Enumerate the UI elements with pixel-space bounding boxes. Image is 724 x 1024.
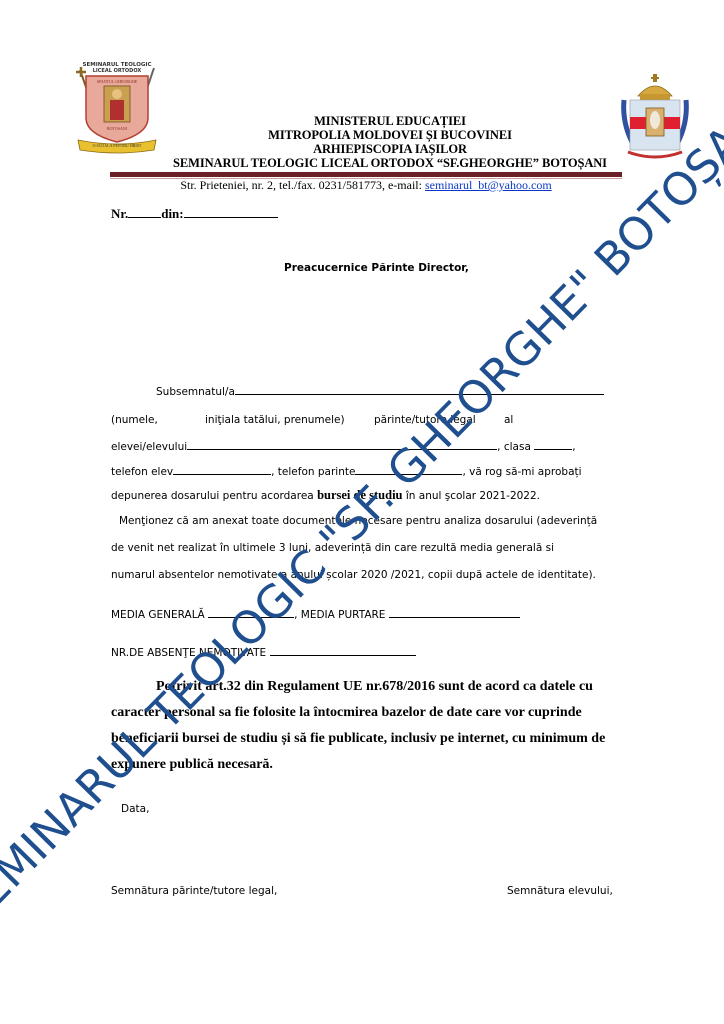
media-purtare-field[interactable] (389, 607, 520, 618)
nr-field[interactable] (128, 207, 161, 218)
din-label: din: (161, 206, 183, 221)
svg-text:LICEAL ORTODOX: LICEAL ORTODOX (93, 68, 142, 74)
gdpr-line-4: expunere publică necesară. (111, 757, 641, 773)
media-line: MEDIA GENERALĂ , MEDIA PURTARE (111, 607, 520, 621)
depunerea-text: depunerea dosarului pentru acordarea (111, 490, 317, 502)
svg-text:BOTOSANI: BOTOSANI (107, 126, 128, 131)
name-field[interactable] (235, 384, 604, 395)
absente-label: NR.DE ABSENŢE NEMOTIVATE (111, 647, 270, 659)
clasa-field[interactable] (534, 439, 572, 450)
archdiocese-name: ARHIEPISCOPIA IAȘILOR (160, 142, 620, 156)
signature-parent-label: Semnătura părinte/tutore legal, (111, 885, 277, 897)
depunerea-line: depunerea dosarului pentru acordarea bur… (111, 488, 540, 503)
absente-line: NR.DE ABSENŢE NEMOTIVATE (111, 645, 416, 659)
subsemnatul-line: Subsemnatul/a (156, 384, 604, 398)
bursei-text: bursei de studiu (317, 488, 402, 502)
absente-field[interactable] (270, 645, 416, 656)
hint-al: al (504, 414, 513, 426)
media-purtare-label: , MEDIA PURTARE (294, 609, 389, 621)
archdiocese-coat-of-arms (620, 72, 690, 162)
telefon-parinte-label: , telefon parinte (271, 466, 355, 478)
telefon-line: telefon elev, telefon parinte, vă rog să… (111, 464, 582, 478)
gdpr-line-3: beneficiarii bursei de studiu și să fie … (111, 731, 641, 747)
gdpr-line-1: Potrivit art.32 din Regulament UE nr.678… (156, 679, 686, 695)
mentionez-line-2: de venit net realizat în ultimele 3 luni… (111, 542, 554, 554)
data-label: Data, (121, 803, 149, 815)
registration-number-line: Nr.din: (111, 206, 278, 222)
telefon-elev-field[interactable] (173, 464, 271, 475)
contact-address: Str. Prieteniei, nr. 2, tel./fax. 0231/5… (110, 178, 622, 193)
media-generala-field[interactable] (208, 607, 294, 618)
gdpr-line-2: caracter personal sa fie folosite la înt… (111, 705, 641, 721)
seminary-crest-logo: SEMINARUL TEOLOGIC LICEAL ORTODOX SFANTU… (74, 58, 160, 154)
hint-initiala: iniţiala tatălui, prenumele) (205, 414, 345, 426)
salutation: Preacucernice Părinte Director, (284, 262, 469, 274)
telefon-parinte-field[interactable] (355, 464, 462, 475)
signature-student-label: Semnătura elevului, (507, 885, 613, 897)
mentionez-line-3: numarul absentelor nemotivate a anului ș… (111, 569, 596, 581)
hint-numele: (numele, (111, 414, 158, 426)
institution-header: MINISTERUL EDUCAȚIEI MITROPOLIA MOLDOVEI… (160, 114, 620, 170)
nr-label: Nr. (111, 206, 128, 221)
seminary-name: SEMINARUL TEOLOGIC LICEAL ORTODOX “SF.GH… (160, 156, 620, 170)
din-field[interactable] (184, 207, 278, 218)
metropolis-name: MITROPOLIA MOLDOVEI ȘI BUCOVINEI (160, 128, 620, 142)
svg-text:SFANTUL GHEORGHE: SFANTUL GHEORGHE (97, 79, 138, 84)
an-scolar-text: în anul şcolar 2021-2022. (403, 490, 541, 502)
email-link[interactable]: seminarul_bt@yahoo.com (425, 178, 552, 192)
address-text: Str. Prieteniei, nr. 2, tel./fax. 0231/5… (180, 178, 425, 192)
student-name-field[interactable] (187, 439, 497, 450)
document-page: SEMINARUL TEOLOGIC LICEAL ORTODOX SFANTU… (0, 0, 724, 1024)
media-generala-label: MEDIA GENERALĂ (111, 609, 208, 621)
watermark: SEMINARUL TEOLOGIC "SF. GHEORGHE" BOTOȘA… (0, 82, 724, 938)
subsemnatul-label: Subsemnatul/a (156, 386, 235, 398)
header-divider (110, 172, 622, 177)
telefon-elev-label: telefon elev (111, 466, 173, 478)
clasa-label: , clasa (497, 441, 534, 453)
ministry-name: MINISTERUL EDUCAȚIEI (160, 114, 620, 128)
svg-text:O SCOALA PENTRU HRIST: O SCOALA PENTRU HRIST (93, 143, 142, 148)
elevei-label: elevei/elevului (111, 441, 187, 453)
hint-parinte: părinte/tutore legal (374, 414, 476, 426)
elevei-line: elevei/elevului, clasa , (111, 439, 576, 453)
mentionez-line-1: Menţionez că am anexat toate documentele… (119, 515, 597, 527)
va-rog-text: , vă rog să-mi aprobați (462, 466, 581, 478)
